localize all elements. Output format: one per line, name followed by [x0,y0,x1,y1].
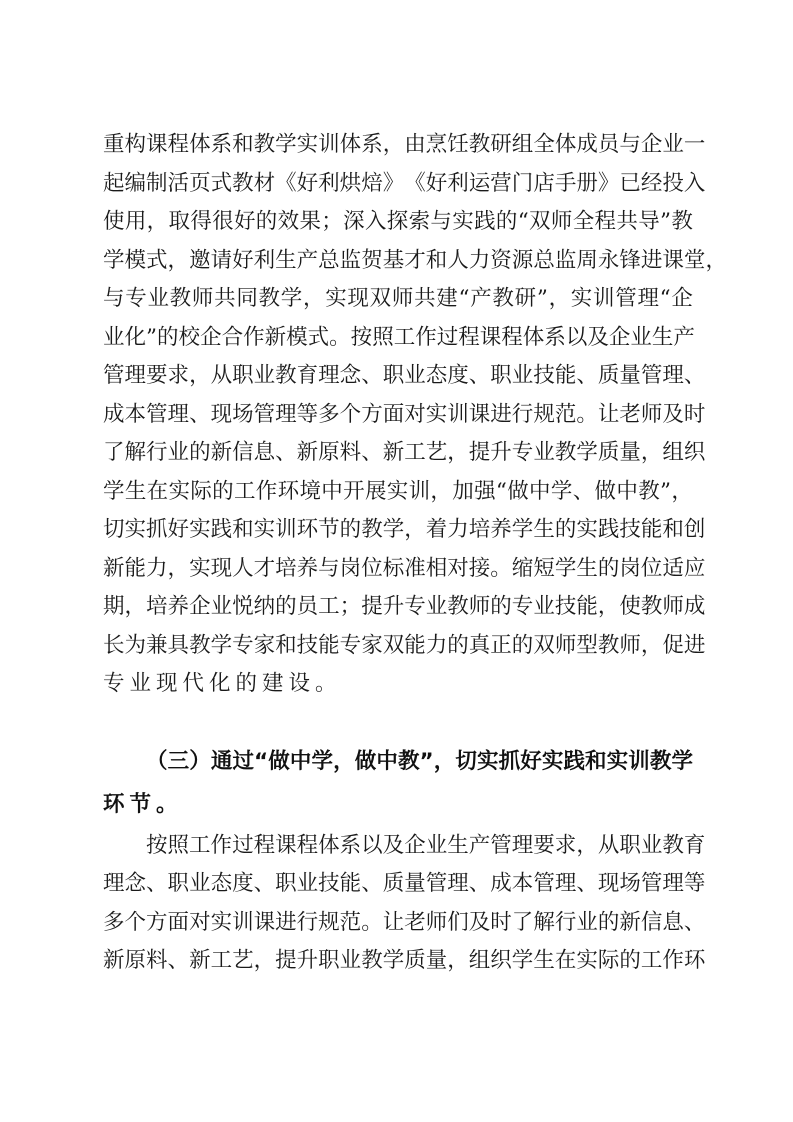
paragraph-line: 新能力，实现人才培养与岗位标准相对接。缩短学生的岗位适应 [103,554,693,584]
heading-line: （三）通过“做中学，做中教”，切实抓好实践和实训教学 [146,747,693,777]
paragraph-line: 使用，取得很好的效果；深入探索与实践的“双师全程共导”教 [103,207,693,237]
paragraph-line: 学生在实际的工作环境中开展实训，加强“做中学、做中教”， [103,477,693,507]
document-page: 重构课程体系和教学实训体系，由烹饪教研组全体成员与企业一 起编制活页式教材《好利… [0,0,793,1122]
paragraph-line: 重构课程体系和教学实训体系，由烹饪教研组全体成员与企业一 [103,130,693,160]
paragraph-line: 与专业教师共同教学，实现双师共建“产教研”，实训管理“企 [103,284,693,314]
paragraph-line: 了解行业的新信息、新原料、新工艺，提升专业教学质量，组织 [103,438,693,468]
paragraph-line: 成本管理、现场管理等多个方面对实训课进行规范。让老师及时 [103,400,693,430]
paragraph-line: 理念、职业态度、职业技能、质量管理、成本管理、现场管理等 [103,869,693,899]
paragraph-line: 学模式，邀请好利生产总监贺基才和人力资源总监周永锋进课堂， [103,246,693,276]
paragraph-line: 业化”的校企合作新模式。按照工作过程课程体系以及企业生产 [103,323,693,353]
paragraph-line: 切实抓好实践和实训环节的教学，着力培养学生的实践技能和创 [103,515,693,545]
paragraph-line: 起编制活页式教材《好利烘焙》《好利运营门店手册》已经投入 [103,169,693,199]
paragraph-line: 期，培养企业悦纳的员工；提升专业教师的专业技能，使教师成 [103,592,693,622]
heading-line: 环节。 [103,790,693,820]
paragraph-line: 按照工作过程课程体系以及企业生产管理要求，从职业教育 [146,831,693,861]
paragraph-line: 专业现代化的建设。 [103,669,693,699]
paragraph-line: 管理要求，从职业教育理念、职业态度、职业技能、质量管理、 [103,361,693,391]
paragraph-line: 多个方面对实训课进行规范。让老师们及时了解行业的新信息、 [103,908,693,938]
paragraph-line: 长为兼具教学专家和技能专家双能力的真正的双师型教师，促进 [103,631,693,661]
paragraph-line: 新原料、新工艺，提升职业教学质量，组织学生在实际的工作环 [103,946,693,976]
